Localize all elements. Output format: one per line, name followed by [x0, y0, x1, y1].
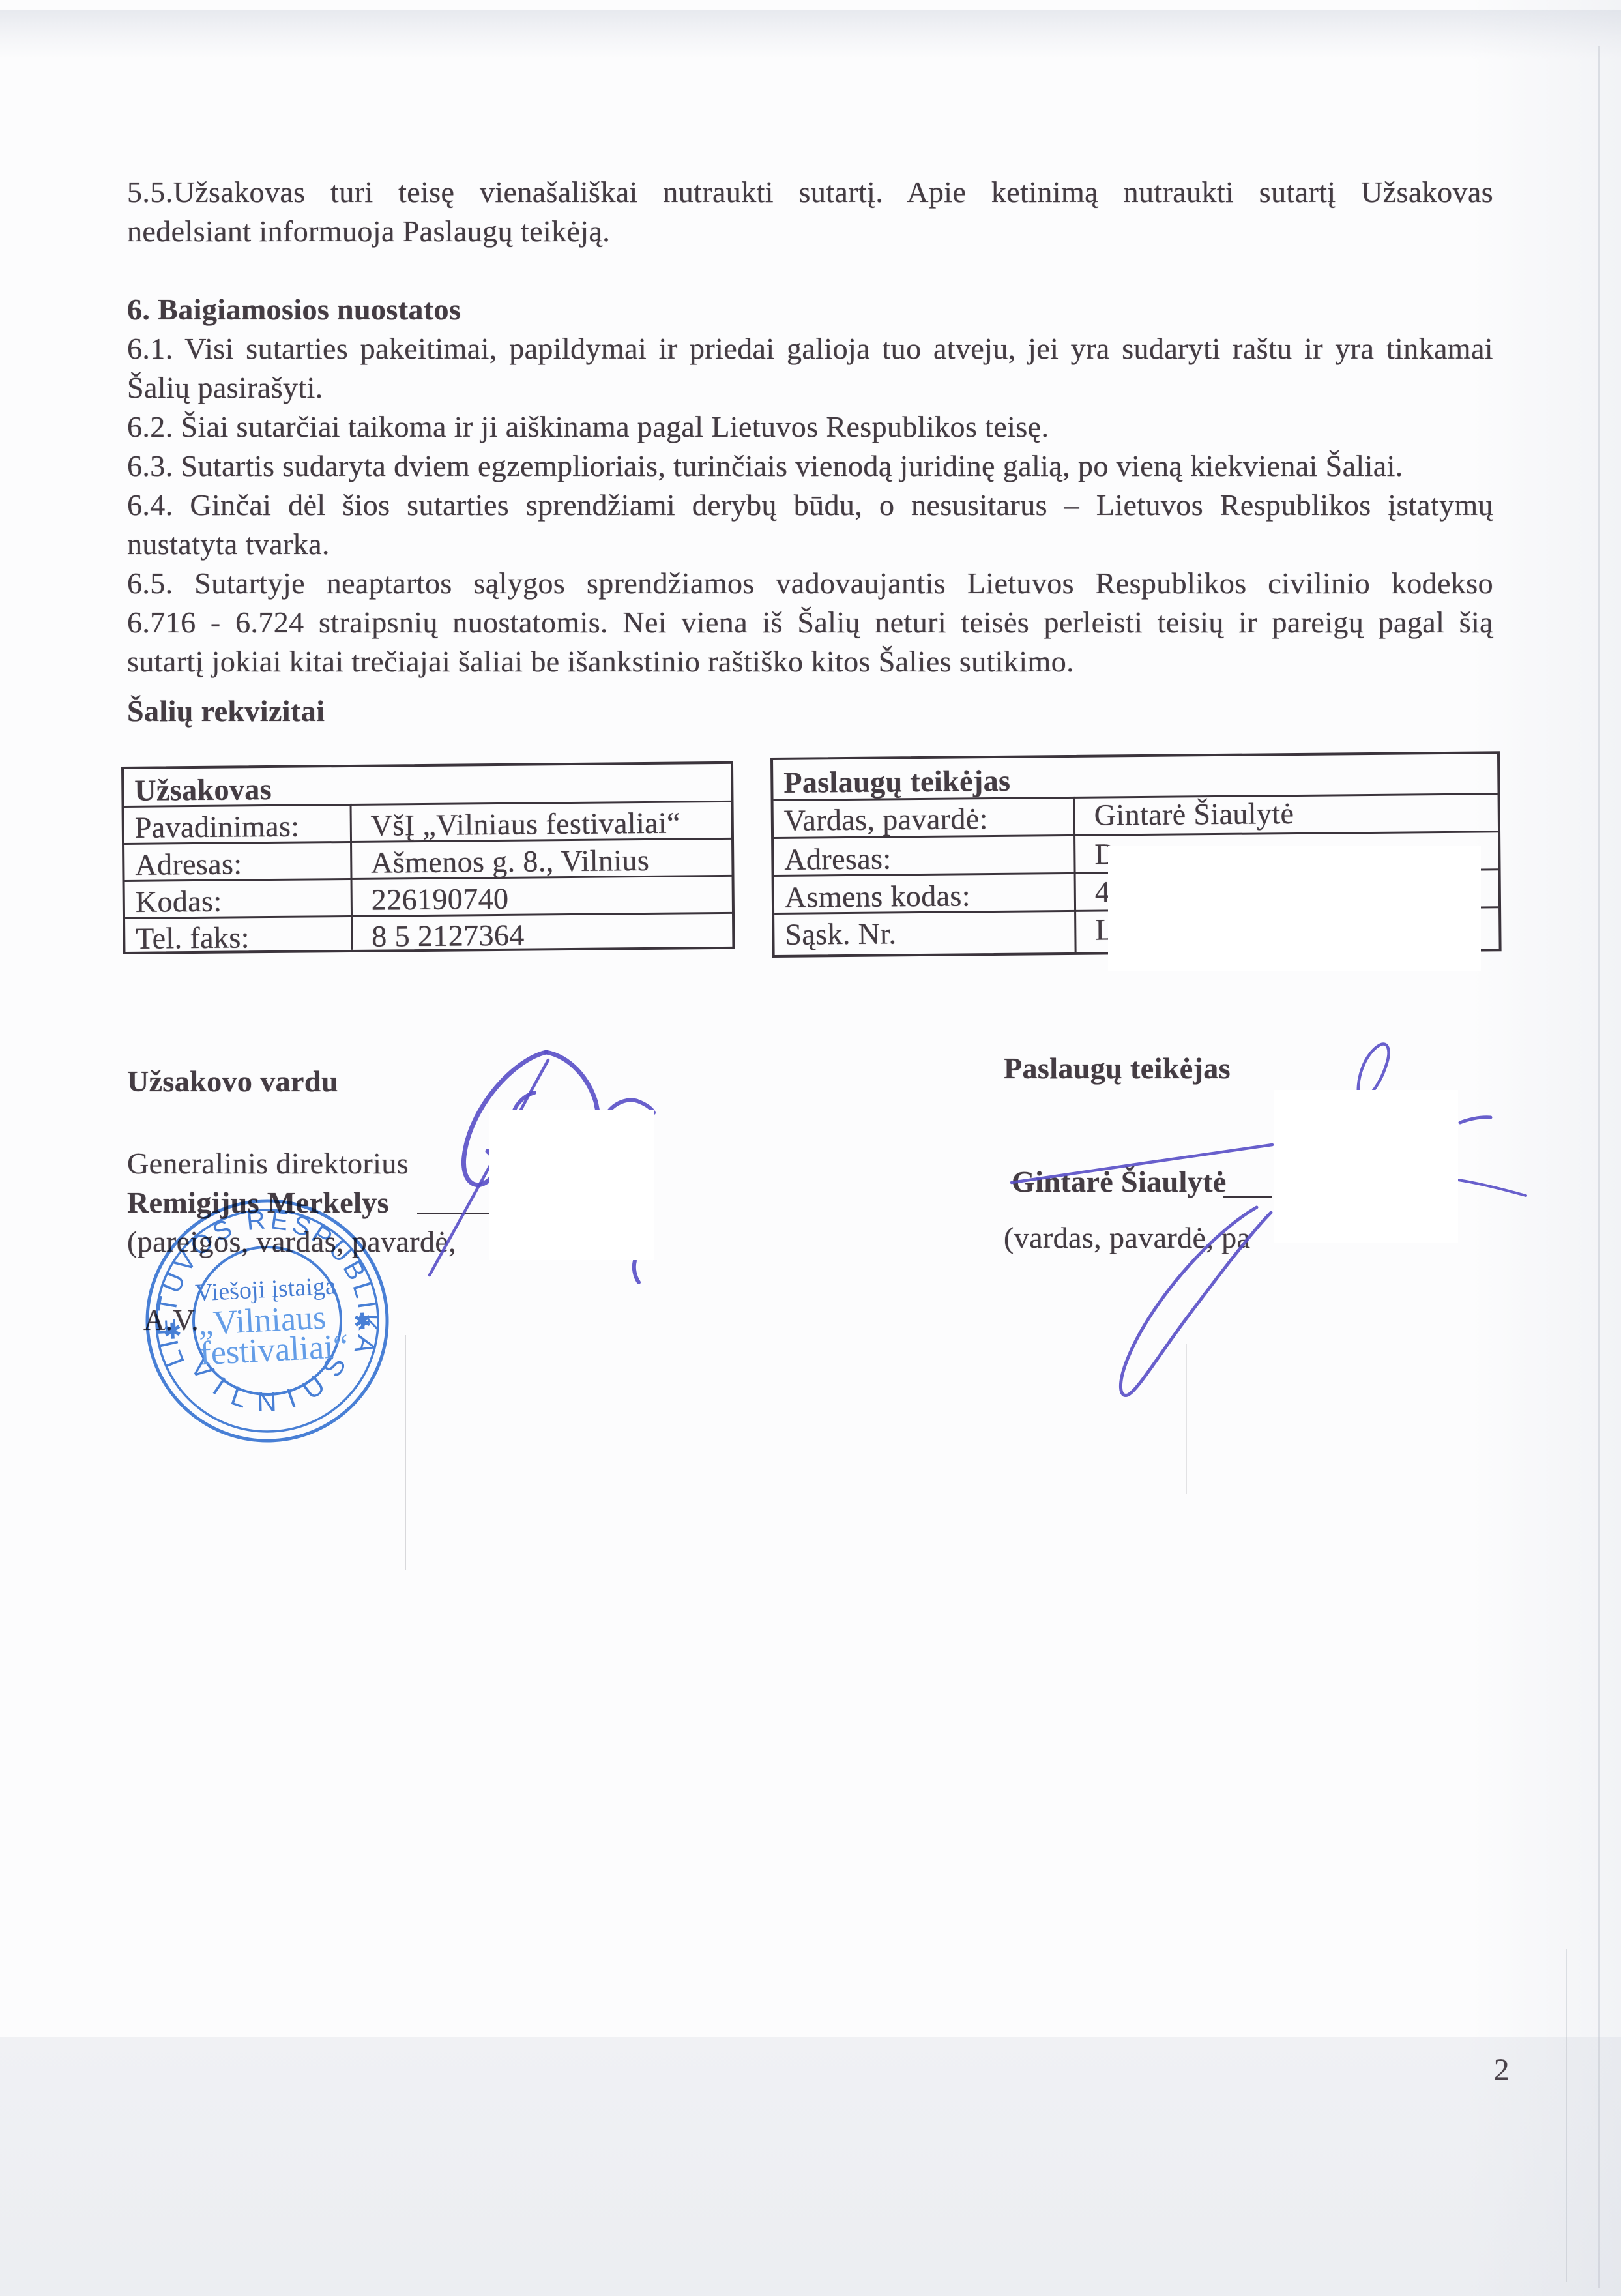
- pen-stroke: [1458, 1180, 1526, 1196]
- pen-stroke: [1012, 1145, 1272, 1183]
- stamp-star-right: ✱: [353, 1310, 372, 1334]
- stamp-star-left: ✱: [162, 1319, 182, 1344]
- redaction-box: [1274, 1090, 1458, 1243]
- pen-stroke: [1460, 1117, 1491, 1123]
- stamp-org-name-line2: festivaliai“: [199, 1328, 349, 1373]
- redaction-box: [489, 1110, 654, 1260]
- vilniaus-festivaliai-stamp: LIETUVOS RESPUBLIKA VILNIUS ✱ ✱ Viešoji …: [98, 1151, 463, 1516]
- redaction-box: [1108, 846, 1481, 971]
- pen-stroke: [1120, 1207, 1271, 1395]
- pen-stroke: [634, 1261, 639, 1282]
- scanned-contract-page: 5.5.Užsakovas turi teisę vienašališkai n…: [0, 0, 1621, 2296]
- pen-stroke: [546, 1052, 598, 1111]
